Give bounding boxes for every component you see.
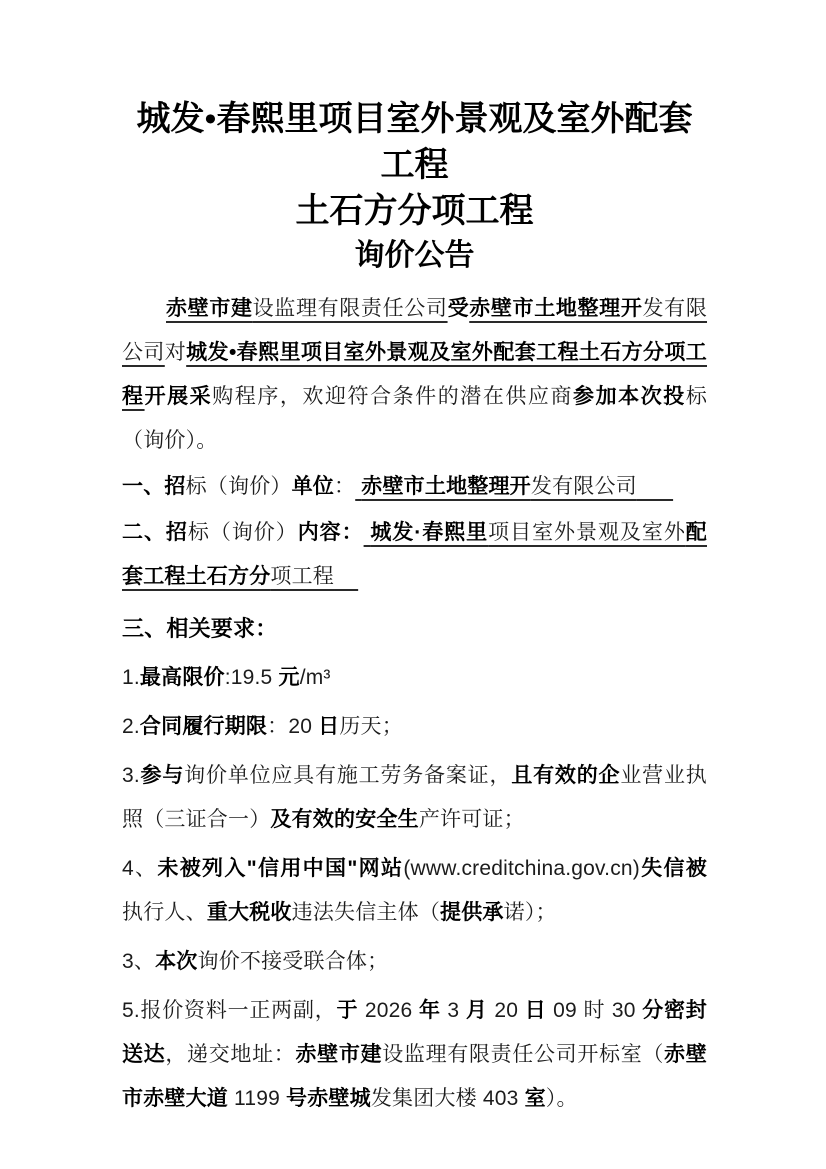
document-title-line2: 土石方分项工程	[122, 189, 707, 235]
text-segment: ：20	[267, 715, 318, 738]
text-segment: 项工程	[270, 565, 334, 588]
text-segment: 开展采	[145, 385, 213, 408]
text-segment: 一、招	[122, 475, 186, 498]
requirement-5-submission: 5.报价资料一正两副，于 2026 年 3 月 20 日 09 时 30 分密封…	[122, 989, 707, 1121]
text-segment: 且有效的企	[511, 764, 620, 787]
item-tender-content: 二、招标（询价）内容： 城发·春熙里项目室外景观及室外配套工程土石方分项工程	[122, 511, 707, 599]
text-segment: 三、相关要求：	[122, 616, 277, 641]
heading-requirements: 三、相关要求：	[122, 607, 707, 651]
text-segment: 购程序，欢迎符合条件的潜在供应商	[212, 385, 573, 408]
requirement-3-qualifications: 3.参与询价单位应具有施工劳务备案证，且有效的企业营业执照（三证合一）及有效的安…	[122, 754, 707, 842]
requirement-2-contract-period: 2.合同履行期限：20 日历天；	[122, 705, 707, 749]
text-segment: 发集团大楼 403	[371, 1087, 525, 1110]
text-segment: 1.	[122, 666, 140, 689]
text-segment: 设监理有限责任公司	[253, 297, 448, 320]
text-segment: 重大税收	[207, 901, 292, 924]
document-page: 城发•春熙里项目室外景观及室外配套工程 土石方分项工程 询价公告 赤壁市建设监理…	[0, 0, 826, 1169]
text-segment: 参加本次投	[573, 385, 686, 408]
text-segment: 合同履行期限	[140, 715, 267, 738]
text-segment: /m³	[300, 666, 331, 689]
text-segment: 日	[525, 999, 547, 1022]
text-segment: 标（询价）	[188, 521, 298, 544]
text-segment: 历天；	[339, 715, 403, 738]
text-segment: 单位	[292, 475, 334, 498]
text-segment: 20	[488, 999, 525, 1022]
text-segment: 5.报价资料一正两副，	[122, 999, 337, 1022]
text-segment: 室	[525, 1087, 546, 1110]
text-segment	[637, 475, 673, 498]
text-segment: ：	[334, 475, 355, 498]
text-segment: 年	[419, 999, 441, 1022]
text-segment: 1199	[228, 1087, 286, 1110]
text-segment: 月	[466, 999, 488, 1022]
intro-paragraph: 赤壁市建设监理有限责任公司受赤壁市土地整理开发有限公司对城发•春熙里项目室外景观…	[122, 287, 707, 463]
item-tender-unit: 一、招标（询价）单位： 赤壁市土地整理开发有限公司	[122, 465, 707, 509]
text-segment: 二、招	[122, 521, 188, 544]
text-segment: 内容：	[298, 521, 364, 544]
text-segment: 3.	[122, 764, 140, 787]
text-segment: 未被列入"信用中国"网站	[157, 857, 403, 880]
text-segment: 赤壁市土地整理开	[361, 475, 531, 498]
text-segment: :19.5	[225, 666, 279, 689]
text-segment: 09 时 30	[546, 999, 642, 1022]
text-segment	[334, 565, 358, 588]
text-segment: 本次	[155, 950, 197, 973]
document-subtitle: 询价公告	[122, 235, 707, 277]
text-segment: 询价不接受联合体；	[198, 950, 389, 973]
text-segment: 询价单位应具有施工劳务备案证，	[184, 764, 511, 787]
text-segment: (www.creditchina.gov.cn)	[403, 857, 640, 880]
requirement-1-max-price: 1.最高限价:19.5 元/m³	[122, 656, 707, 700]
requirement-3b-no-consortium: 3、本次询价不接受联合体；	[122, 940, 707, 984]
text-segment: 项目室外景观及室外	[488, 521, 686, 544]
text-segment: 赤壁市建	[295, 1043, 382, 1066]
text-segment: ）。	[546, 1087, 578, 1110]
text-segment: 3	[441, 999, 466, 1022]
text-segment: 违法失信主体（	[292, 901, 440, 924]
text-segment: 受	[448, 297, 470, 320]
text-segment: 对	[165, 341, 186, 364]
text-segment: 号赤壁城	[286, 1087, 371, 1110]
text-segment: 执行人、	[122, 901, 207, 924]
requirement-4-credit-china: 4、未被列入"信用中国"网站(www.creditchina.gov.cn)失信…	[122, 847, 707, 935]
text-segment: 参与	[140, 764, 184, 787]
text-segment: 提供承	[440, 901, 504, 924]
text-segment: 于	[337, 999, 359, 1022]
text-segment: 2026	[358, 999, 419, 1022]
text-segment: 发有限公司	[531, 475, 637, 498]
text-segment: 城发·春熙里	[370, 521, 488, 544]
text-segment: 元	[278, 666, 299, 689]
text-segment: 产许可证；	[419, 808, 525, 831]
text-segment: 设监理有限责任公司开标室（	[382, 1043, 664, 1066]
text-segment: 及有效的安全生	[270, 808, 418, 831]
text-segment: 失信被	[640, 857, 707, 880]
text-segment: 4、	[122, 857, 157, 880]
text-segment: 3、	[122, 950, 155, 973]
document-title-line1: 城发•春熙里项目室外景观及室外配套工程	[122, 97, 707, 189]
text-segment: ，递交地址：	[165, 1043, 295, 1066]
text-segment: 最高限价	[140, 666, 225, 689]
text-segment: 日	[318, 715, 339, 738]
text-segment: 赤壁市土地整理开	[469, 297, 642, 320]
text-segment: 诺）；	[504, 901, 557, 924]
text-segment: 标（询价）	[186, 475, 292, 498]
text-segment: 赤壁市建	[166, 297, 253, 320]
text-segment: 2.	[122, 715, 140, 738]
